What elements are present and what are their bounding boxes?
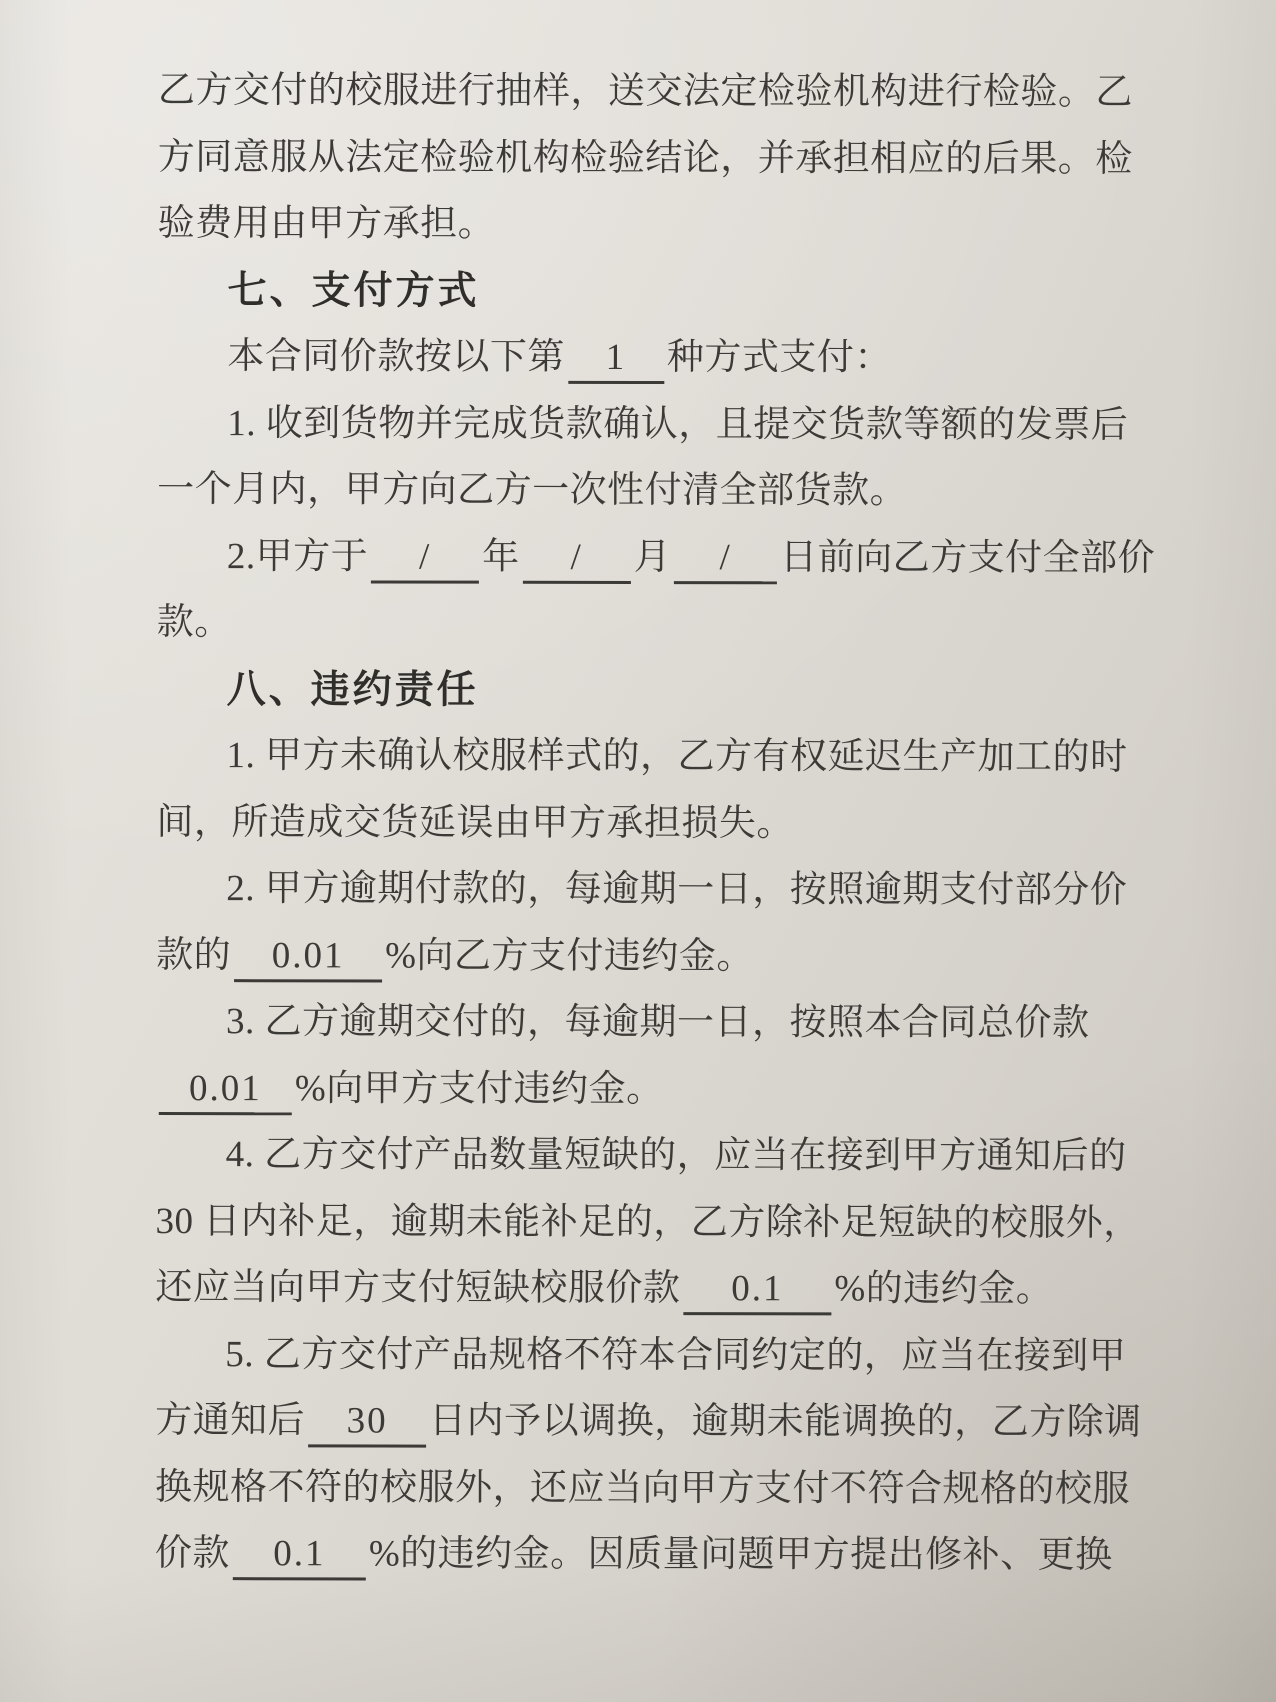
contract-line: 1. 收到货物并完成货款确认，且提交货款等额的发票后 — [157, 390, 1149, 459]
contract-line: 30 日内补足，逾期未能补足的，乙方除补足短缺的校服外， — [155, 1188, 1147, 1257]
text-run: 方同意服从法定检验机构检验结论，并承担相应的后果。检 — [158, 136, 1133, 179]
text-run: 4. 乙方交付产品数量短缺的，应当在接到甲方通知后的 — [226, 1134, 1127, 1177]
contract-page-photo: 乙方交付的校服进行抽样，送交法定检验机构进行检验。乙方同意服从法定检验机构检验结… — [0, 0, 1276, 1702]
text-run: 日前向乙方支付全部价 — [780, 537, 1155, 579]
filled-in-blank: 0.01 — [159, 1067, 292, 1115]
contract-line: 0.01%向甲方支付违约金。 — [156, 1055, 1148, 1124]
contract-line: 2. 甲方逾期付款的，每逾期一日，按照逾期支付部分价 — [156, 856, 1148, 925]
text-run: %的违约金。因质量问题甲方提出修补、更换 — [369, 1533, 1113, 1576]
filled-in-blank: / — [674, 536, 777, 584]
contract-line: 还应当向甲方支付短缺校服价款0.1%的违约金。 — [155, 1255, 1147, 1324]
contract-text: 乙方交付的校服进行抽样，送交法定检验机构进行检验。乙方同意服从法定检验机构检验结… — [155, 58, 1150, 1590]
contract-line: 乙方交付的校服进行抽样，送交法定检验机构进行检验。乙 — [158, 58, 1150, 127]
section-heading: 七、支付方式 — [157, 257, 1149, 326]
contract-line: 一个月内，甲方向乙方一次性付清全部货款。 — [157, 457, 1149, 526]
text-run: 乙方交付的校服进行抽样，送交法定检验机构进行检验。乙 — [158, 70, 1133, 113]
filled-in-blank: / — [523, 535, 631, 583]
contract-line: 4. 乙方交付产品数量短缺的，应当在接到甲方通知后的 — [156, 1122, 1148, 1191]
text-run: 2.甲方于 — [227, 536, 368, 577]
contract-line: 1. 甲方未确认校服样式的，乙方有权延迟生产加工的时 — [156, 723, 1148, 792]
filled-in-blank: / — [371, 535, 479, 583]
text-run: 3. 乙方逾期交付的，每逾期一日，按照本合同总价款 — [226, 1001, 1090, 1044]
text-run: 5. 乙方交付产品规格不符本合同约定的，应当在接到甲 — [225, 1334, 1126, 1377]
text-run: 七、支付方式 — [227, 269, 479, 313]
contract-line: 方同意服从法定检验机构检验结论，并承担相应的后果。检 — [158, 124, 1150, 193]
contract-line: 方通知后30日内予以调换，逾期未能调换的，乙方除调 — [155, 1388, 1147, 1457]
text-run: 还应当向甲方支付短缺校服价款 — [155, 1267, 680, 1309]
contract-line: 3. 乙方逾期交付的，每逾期一日，按照本合同总价款 — [156, 989, 1148, 1058]
contract-line: 款。 — [157, 590, 1149, 659]
text-run: 八、违约责任 — [227, 668, 479, 712]
contract-line: 款的0.01%向乙方支付违约金。 — [156, 922, 1148, 991]
text-run: 年 — [482, 536, 520, 577]
filled-in-blank: 0.01 — [234, 934, 382, 982]
text-run: 2. 甲方逾期付款的，每逾期一日，按照逾期支付部分价 — [226, 868, 1127, 911]
text-run: 一个月内，甲方向乙方一次性付清全部货款。 — [157, 469, 907, 512]
text-run: 款的 — [156, 934, 231, 975]
filled-in-blank: 0.1 — [683, 1267, 831, 1315]
contract-line: 2.甲方于/年/月/日前向乙方支付全部价 — [157, 523, 1149, 592]
text-run: 间，所造成交货延误由甲方承担损失。 — [156, 801, 794, 843]
contract-line: 价款0.1%的违约金。因质量问题甲方提出修补、更换 — [155, 1521, 1147, 1590]
text-run: 种方式支付： — [667, 337, 892, 378]
contract-line: 换规格不符的校服外，还应当向甲方支付不符合规格的校服 — [155, 1454, 1147, 1523]
text-run: 款。 — [157, 602, 232, 643]
contract-line: 间，所造成交货延误由甲方承担损失。 — [156, 789, 1148, 858]
text-run: %向甲方支付违约金。 — [295, 1068, 664, 1110]
text-run: 30 日内补足，逾期未能补足的，乙方除补足短缺的校服外， — [156, 1200, 1141, 1243]
text-run: 1. 甲方未确认校服样式的，乙方有权延迟生产加工的时 — [226, 735, 1127, 778]
text-run: 换规格不符的校服外，还应当向甲方支付不符合规格的校服 — [155, 1466, 1130, 1509]
text-run: 日内予以调换，逾期未能调换的，乙方除调 — [429, 1401, 1142, 1443]
contract-line: 本合同价款按以下第1种方式支付： — [157, 324, 1149, 393]
text-run: 1. 收到货物并完成货款确认，且提交货款等额的发票后 — [227, 403, 1128, 446]
text-run: 方通知后 — [155, 1400, 305, 1441]
contract-line: 验费用由甲方承担。 — [158, 191, 1150, 260]
text-run: 月 — [634, 536, 672, 577]
text-run: 价款 — [155, 1533, 230, 1574]
text-run: 验费用由甲方承担。 — [158, 203, 496, 245]
filled-in-blank: 30 — [308, 1399, 426, 1447]
text-run: %向乙方支付违约金。 — [385, 935, 754, 977]
text-run: 本合同价款按以下第 — [227, 336, 565, 378]
section-heading: 八、违约责任 — [157, 656, 1149, 725]
filled-in-blank: 1 — [568, 336, 664, 384]
contract-line: 5. 乙方交付产品规格不符本合同约定的，应当在接到甲 — [155, 1321, 1147, 1390]
filled-in-blank: 0.1 — [233, 1532, 366, 1580]
text-run: %的违约金。 — [834, 1268, 1053, 1309]
